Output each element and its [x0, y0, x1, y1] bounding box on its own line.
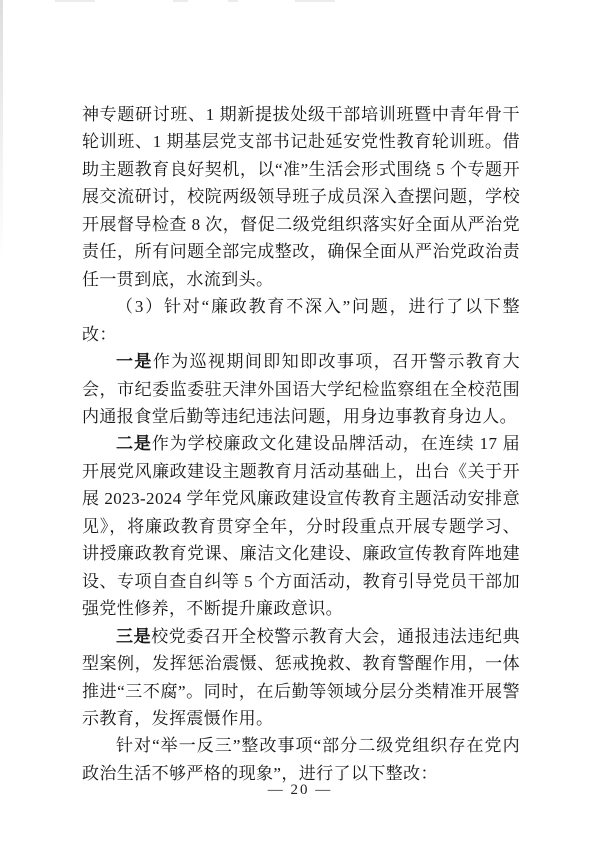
paragraph: 三是校党委召开全校警示教育大会，通报违法违纪典型案例，发挥惩治震慑、惩戒挽救、教…	[82, 623, 520, 733]
scan-artifact	[295, 0, 335, 2]
paragraph-text: 针对“举一反三”整改事项“部分二级党组织存在党内政治生活不够严格的现象”，进行了…	[82, 736, 520, 782]
paragraph: 神专题研讨班、1 期新提拔处级干部培训班暨中青年骨干轮训班、1 期基层党支部书记…	[82, 101, 520, 293]
paragraph: 针对“举一反三”整改事项“部分二级党组织存在党内政治生活不够严格的现象”，进行了…	[82, 732, 520, 787]
paragraph-lead-bold: 二是	[116, 434, 152, 453]
paragraph: （3）针对“廉政教育不深入”问题，进行了以下整改：	[82, 293, 520, 348]
scan-artifact	[55, 0, 95, 2]
scan-artifact	[173, 0, 188, 2]
paragraph: 二是作为学校廉政文化建设品牌活动，在连续 17 届开展党风廉政建设主题教育月活动…	[82, 430, 520, 622]
paragraph: 一是作为巡视期间即知即改事项，召开警示教育大会，市纪委监委驻天津外国语大学纪检监…	[82, 348, 520, 430]
paragraph-text: 作为学校廉政文化建设品牌活动，在连续 17 届开展党风廉政建设主题教育月活动基础…	[82, 434, 520, 618]
document-page: 神专题研讨班、1 期新提拔处级干部培训班暨中青年骨干轮训班、1 期基层党支部书记…	[0, 0, 600, 848]
scan-artifact	[228, 0, 238, 2]
paragraph-text: 神专题研讨班、1 期新提拔处级干部培训班暨中青年骨干轮训班、1 期基层党支部书记…	[82, 105, 520, 289]
scan-artifact	[0, 0, 3, 260]
document-body: 神专题研讨班、1 期新提拔处级干部培训班暨中青年骨干轮训班、1 期基层党支部书记…	[82, 101, 520, 787]
paragraph-text: （3）针对“廉政教育不深入”问题，进行了以下整改：	[82, 297, 520, 343]
page-number: — 20 —	[0, 782, 600, 799]
paragraph-lead-bold: 一是	[116, 352, 153, 371]
paragraph-lead-bold: 三是	[116, 627, 151, 646]
